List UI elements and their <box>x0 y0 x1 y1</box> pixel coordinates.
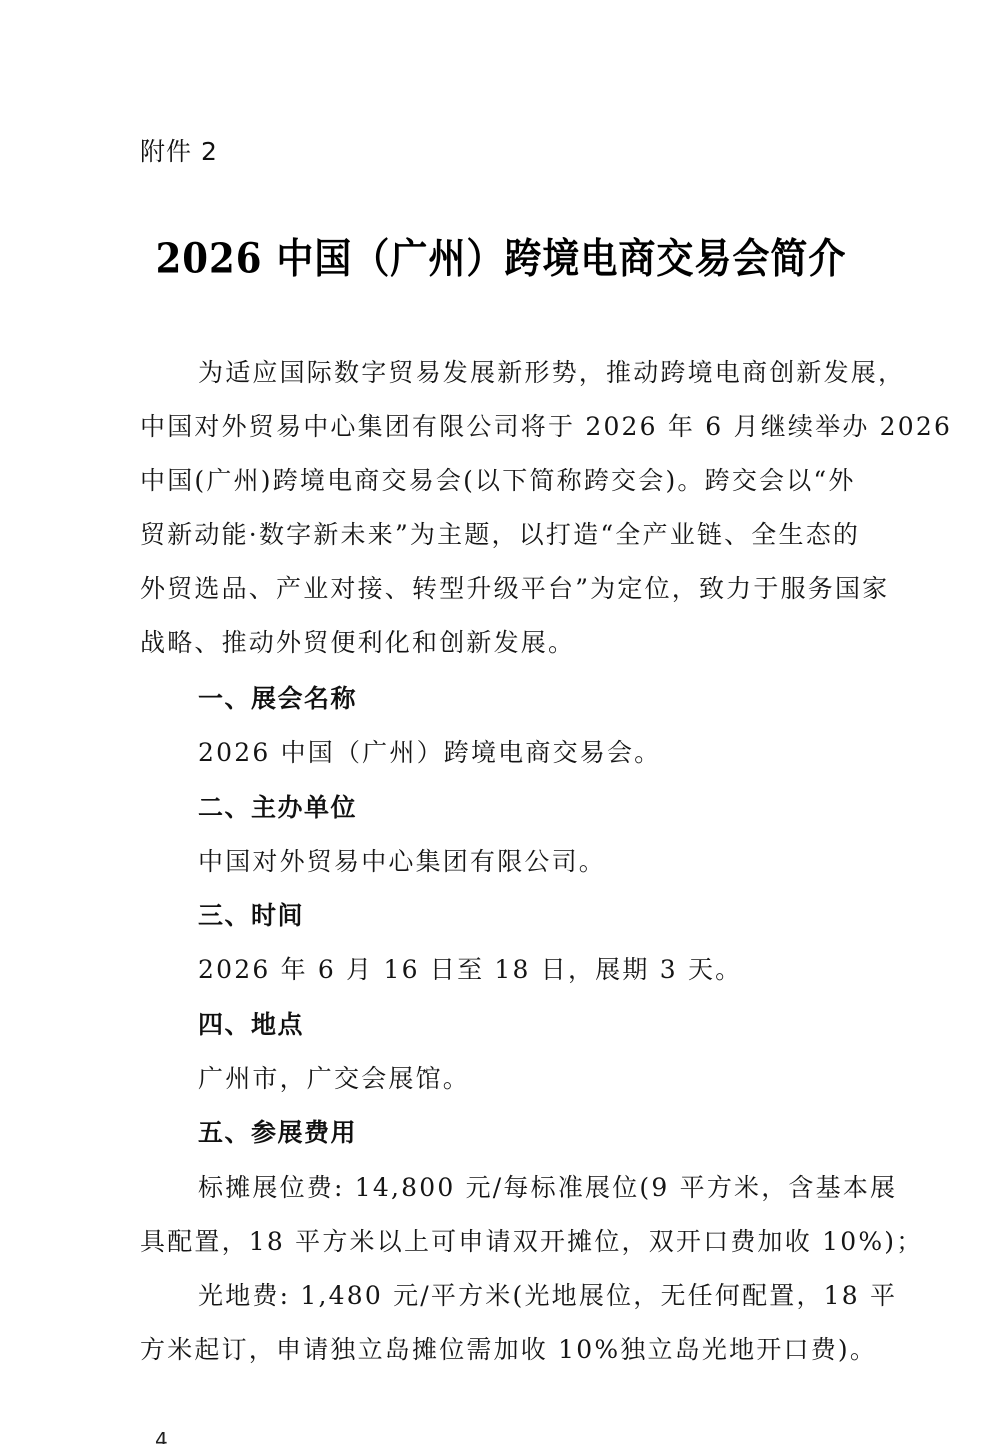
attachment-label: 附件 2 <box>140 132 218 168</box>
section-text: 广州市，广交会展馆。 <box>198 1059 998 1095</box>
section-text: 标摊展位费: 14,800 元/每标准展位(9 平方米，含基本展 <box>198 1168 998 1204</box>
section-heading: 四、地点 <box>198 1005 304 1041</box>
section-heading: 一、展会名称 <box>198 679 357 715</box>
page-number: 4 <box>155 1428 168 1444</box>
intro-line: 中国(广州)跨境电商交易会(以下简称跨交会)。跨交会以“外 <box>140 461 940 497</box>
document-title: 2026 中国（广州）跨境电商交易会简介 <box>0 225 1002 284</box>
section-text: 方米起订，申请独立岛摊位需加收 10%独立岛光地开口费)。 <box>140 1330 940 1366</box>
section-heading: 三、时间 <box>198 896 304 932</box>
section-text: 具配置，18 平方米以上可申请双开摊位，双开口费加收 10%)； <box>140 1222 940 1258</box>
section-text: 2026 中国（广州）跨境电商交易会。 <box>198 733 998 769</box>
section-text: 光地费: 1,480 元/平方米(光地展位，无任何配置，18 平 <box>198 1276 998 1312</box>
section-heading: 五、参展费用 <box>198 1113 357 1149</box>
intro-line: 战略、推动外贸便利化和创新发展。 <box>140 623 940 659</box>
intro-line: 贸新动能·数字新未来”为主题，以打造“全产业链、全生态的 <box>140 515 940 551</box>
intro-line: 外贸选品、产业对接、转型升级平台”为定位，致力于服务国家 <box>140 569 940 605</box>
section-heading: 二、主办单位 <box>198 788 357 824</box>
section-text: 2026 年 6 月 16 日至 18 日，展期 3 天。 <box>198 950 998 986</box>
section-text: 中国对外贸易中心集团有限公司。 <box>198 842 998 878</box>
intro-line: 为适应国际数字贸易发展新形势，推动跨境电商创新发展， <box>198 353 998 389</box>
intro-line: 中国对外贸易中心集团有限公司将于 2026 年 6 月继续举办 2026 <box>140 407 940 443</box>
document-page: 附件 2 2026 中国（广州）跨境电商交易会简介 为适应国际数字贸易发展新形势… <box>0 0 1002 1444</box>
